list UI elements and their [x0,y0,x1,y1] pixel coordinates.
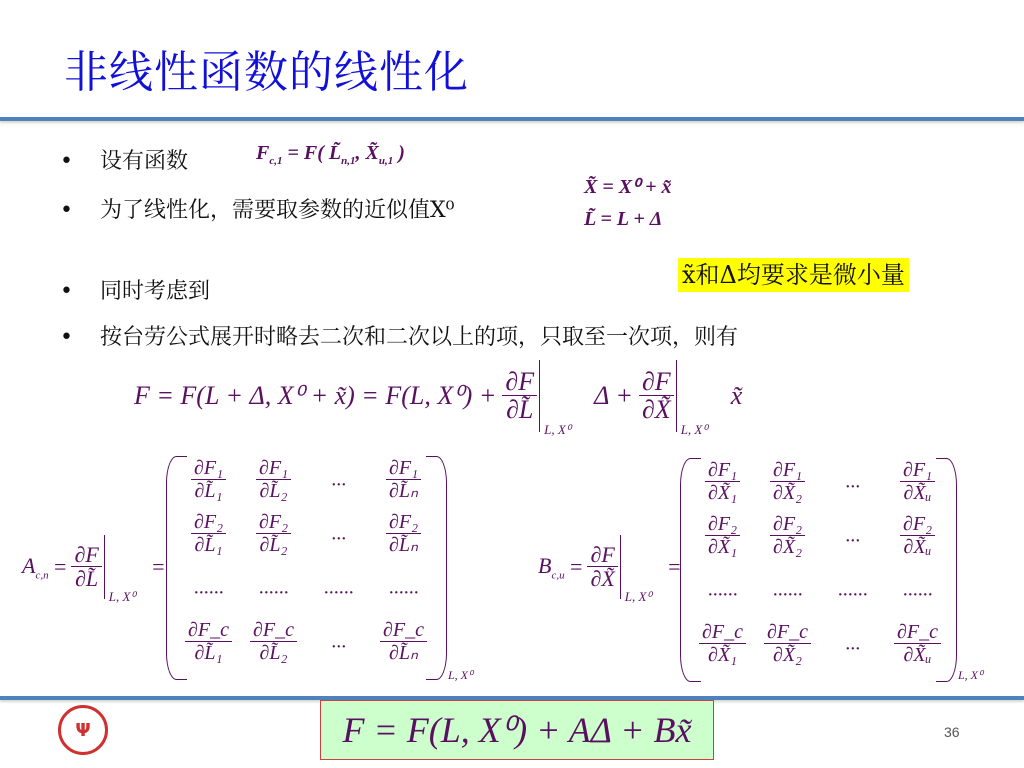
matrix-cell: ∂F₂∂L̃ₙ [371,512,436,566]
matrix-cell: ∂F₂∂X̃ᵤ [885,514,950,568]
matrix-cell: ··· [820,460,885,514]
evaluation-bar: L, X⁰ [539,360,540,432]
taylor-delta-term: Δ + [594,381,633,411]
matrix-cell: ∂F_c∂X̃₂ [755,622,820,676]
bullet-4-text: 按台劳公式展开时略去二次和二次以上的项，只取至一次项，则有 [100,325,738,350]
matrix-cell: ∂F₂∂X̃₁ [690,514,755,568]
matrix-cell: ∂F₂∂L̃₁ [176,512,241,566]
university-seal-icon: Ψ [58,705,108,755]
matrix-cell: ······ [306,566,371,620]
linearized-result-box: F = F(L, X⁰) + AΔ + Bx̃ [320,700,714,760]
side-formula-1: X̃ = X⁰ + x̃ [584,174,672,199]
matrix-A-subscript: L, X⁰ [448,668,473,683]
small-quantity-note: x̃和Δ均要求是微小量 [678,258,909,292]
matrix-cell: ∂F_c∂X̃₁ [690,622,755,676]
bullet-1: •设有函数 [60,144,188,175]
evaluation-bar: L, X⁰ [676,360,677,432]
title-divider [0,117,1024,121]
matrix-B-subscript: L, X⁰ [958,668,983,683]
bullet-dot-icon: • [60,149,100,174]
bullet-dot-icon: • [60,325,100,350]
matrix-cell: ∂F₁∂L̃₁ [176,458,241,512]
evaluation-bar: L, X⁰ [620,535,621,599]
matrix-cell: ······ [690,568,755,622]
bullet-1-text: 设有函数 [100,149,188,174]
matrix-cell: ∂F_c∂L̃₁ [176,620,241,674]
bullet-2: •为了线性化，需要取参数的近似值X⁰ [60,193,454,224]
page-number: 36 [944,724,960,740]
partial-L-fraction: ∂F ∂L̃ [502,368,537,425]
matrix-A-definition: Ac,n = ∂F ∂L̃ L, X⁰ = [22,535,166,599]
bullet-2-text: 为了线性化，需要取参数的近似值X⁰ [100,198,454,223]
matrix-cell: ······ [755,568,820,622]
bullet-4: •按台劳公式展开时略去二次和二次以上的项，只取至一次项，则有 [60,320,738,351]
matrix-B-grid: ∂F₁∂X̃₁∂F₁∂X̃₂···∂F₁∂X̃ᵤ∂F₂∂X̃₁∂F₂∂X̃₂··… [690,460,950,676]
matrix-cell: ∂F_c∂L̃₂ [241,620,306,674]
bullet-dot-icon: • [60,198,100,223]
matrix-cell: ∂F₁∂X̃ᵤ [885,460,950,514]
matrix-cell: ······ [371,566,436,620]
matrix-B-definition: Bc,u = ∂F ∂X̃ L, X⁰ = [538,535,682,599]
matrix-cell: ··· [306,620,371,674]
taylor-expansion-formula: F = F(L + Δ, X⁰ + x̃) = F(L, X⁰) + ∂F ∂L… [134,360,742,432]
matrix-cell: ··· [306,458,371,512]
matrix-cell: ∂F₁∂L̃ₙ [371,458,436,512]
matrix-cell: ∂F_c∂X̃ᵤ [885,622,950,676]
taylor-lhs: F = F(L + Δ, X⁰ + x̃) = F(L, X⁰) + [134,381,496,411]
matrix-cell: ∂F₂∂X̃₂ [755,514,820,568]
matrix-cell: ··· [820,514,885,568]
slide-title: 非线性函数的线性化 [64,36,469,100]
bullet-3-text: 同时考虑到 [100,279,210,304]
evaluation-bar: L, X⁰ [104,535,105,599]
taylor-x-term: x̃ [731,381,743,411]
matrix-cell: ······ [176,566,241,620]
matrix-cell: ∂F₁∂X̃₂ [755,460,820,514]
side-formula-2: L̃ = L + Δ [584,208,662,231]
matrix-cell: ······ [241,566,306,620]
matrix-A-symbol: Ac,n [22,553,49,581]
linearized-result-formula: F = F(L, X⁰) + AΔ + Bx̃ [342,709,691,751]
matrix-cell: ··· [306,512,371,566]
matrix-A-grid: ∂F₁∂L̃₁∂F₁∂L̃₂···∂F₁∂L̃ₙ∂F₂∂L̃₁∂F₂∂L̃₂··… [176,458,436,674]
matrix-cell: ··· [820,622,885,676]
bullet-3: •同时考虑到 [60,274,210,305]
matrix-cell: ∂F₂∂L̃₂ [241,512,306,566]
bullet-dot-icon: • [60,279,100,304]
matrix-cell: ∂F₁∂L̃₂ [241,458,306,512]
function-definition: Fc,1 = F( L̃n,1, X̃u,1 ) [256,142,405,167]
matrix-cell: ······ [885,568,950,622]
matrix-cell: ∂F_c∂L̃ₙ [371,620,436,674]
matrix-cell: ······ [820,568,885,622]
matrix-cell: ∂F₁∂X̃₁ [690,460,755,514]
matrix-B-symbol: Bc,u [538,553,565,581]
partial-X-fraction: ∂F ∂X̃ [639,368,674,425]
